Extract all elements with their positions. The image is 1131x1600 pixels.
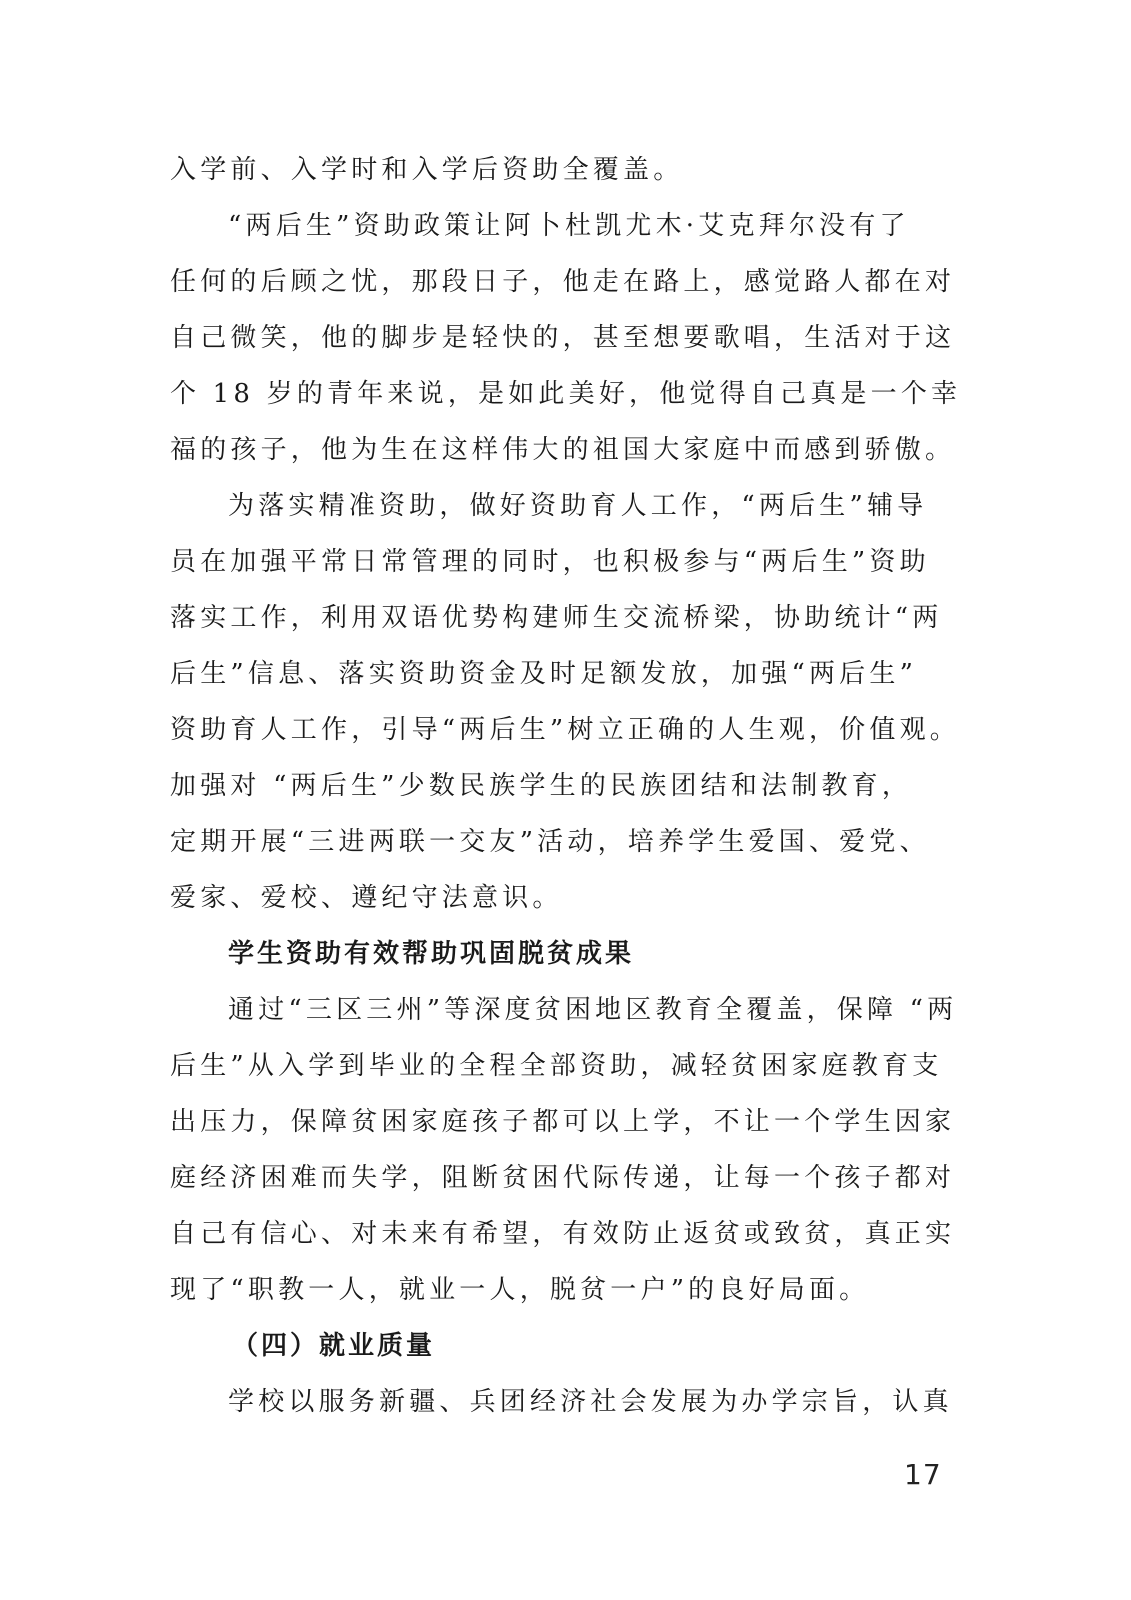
body-line: 福的孩子，他为生在这样伟大的祖国大家庭中而感到骄傲。 — [170, 430, 955, 470]
body-line: 定期开展“三进两联一交友”活动，培养学生爱国、爱党、 — [170, 822, 930, 862]
body-line: 自己微笑，他的脚步是轻快的，甚至想要歌唱，生活对于这 — [170, 318, 955, 358]
page-number: 17 — [904, 1458, 942, 1491]
paragraph-start: 为落实精准资助，做好资助育人工作，“两后生”辅导 — [228, 486, 927, 526]
paragraph-start: “两后生”资助政策让阿卜杜凯尤木·艾克拜尔没有了 — [228, 206, 910, 246]
body-line: 落实工作，利用双语优势构建师生交流桥梁，协助统计“两 — [170, 598, 943, 638]
paragraph-start: 学校以服务新疆、兵团经济社会发展为办学宗旨，认真 — [228, 1382, 953, 1422]
body-line: 现了“职教一人，就业一人，脱贫一户”的良好局面。 — [170, 1270, 869, 1310]
body-line: 爱家、爱校、遵纪守法意识。 — [170, 878, 563, 918]
body-line: 加强对 “两后生”少数民族学生的民族团结和法制教育， — [170, 766, 912, 806]
body-line: 庭经济困难而失学，阻断贫困代际传递，让每一个孩子都对 — [170, 1158, 955, 1198]
body-line: 入学前、入学时和入学后资助全覆盖。 — [170, 150, 683, 190]
body-line: 任何的后顾之忧，那段日子，他走在路上，感觉路人都在对 — [170, 262, 955, 302]
section-heading: 学生资助有效帮助巩固脱贫成果 — [228, 934, 634, 974]
section-heading: （四）就业质量 — [232, 1326, 435, 1366]
body-line: 出压力，保障贫困家庭孩子都可以上学，不让一个学生因家 — [170, 1102, 955, 1142]
body-line: 后生”从入学到毕业的全程全部资助，减轻贫困家庭教育支 — [170, 1046, 943, 1086]
body-line: 后生”信息、落实资助资金及时足额发放，加强“两后生” — [170, 654, 917, 694]
body-line: 员在加强平常日常管理的同时，也积极参与“两后生”资助 — [170, 542, 930, 582]
paragraph-start: 通过“三区三州”等深度贫困地区教育全覆盖，保障 “两 — [228, 990, 957, 1030]
body-line: 资助育人工作，引导“两后生”树立正确的人生观，价值观。 — [170, 710, 960, 750]
body-line: 自己有信心、对未来有希望，有效防止返贫或致贫，真正实 — [170, 1214, 955, 1254]
body-line: 个 18 岁的青年来说，是如此美好，他觉得自己真是一个幸 — [170, 374, 961, 414]
document-page: 入学前、入学时和入学后资助全覆盖。 “两后生”资助政策让阿卜杜凯尤木·艾克拜尔没… — [0, 0, 1131, 1600]
